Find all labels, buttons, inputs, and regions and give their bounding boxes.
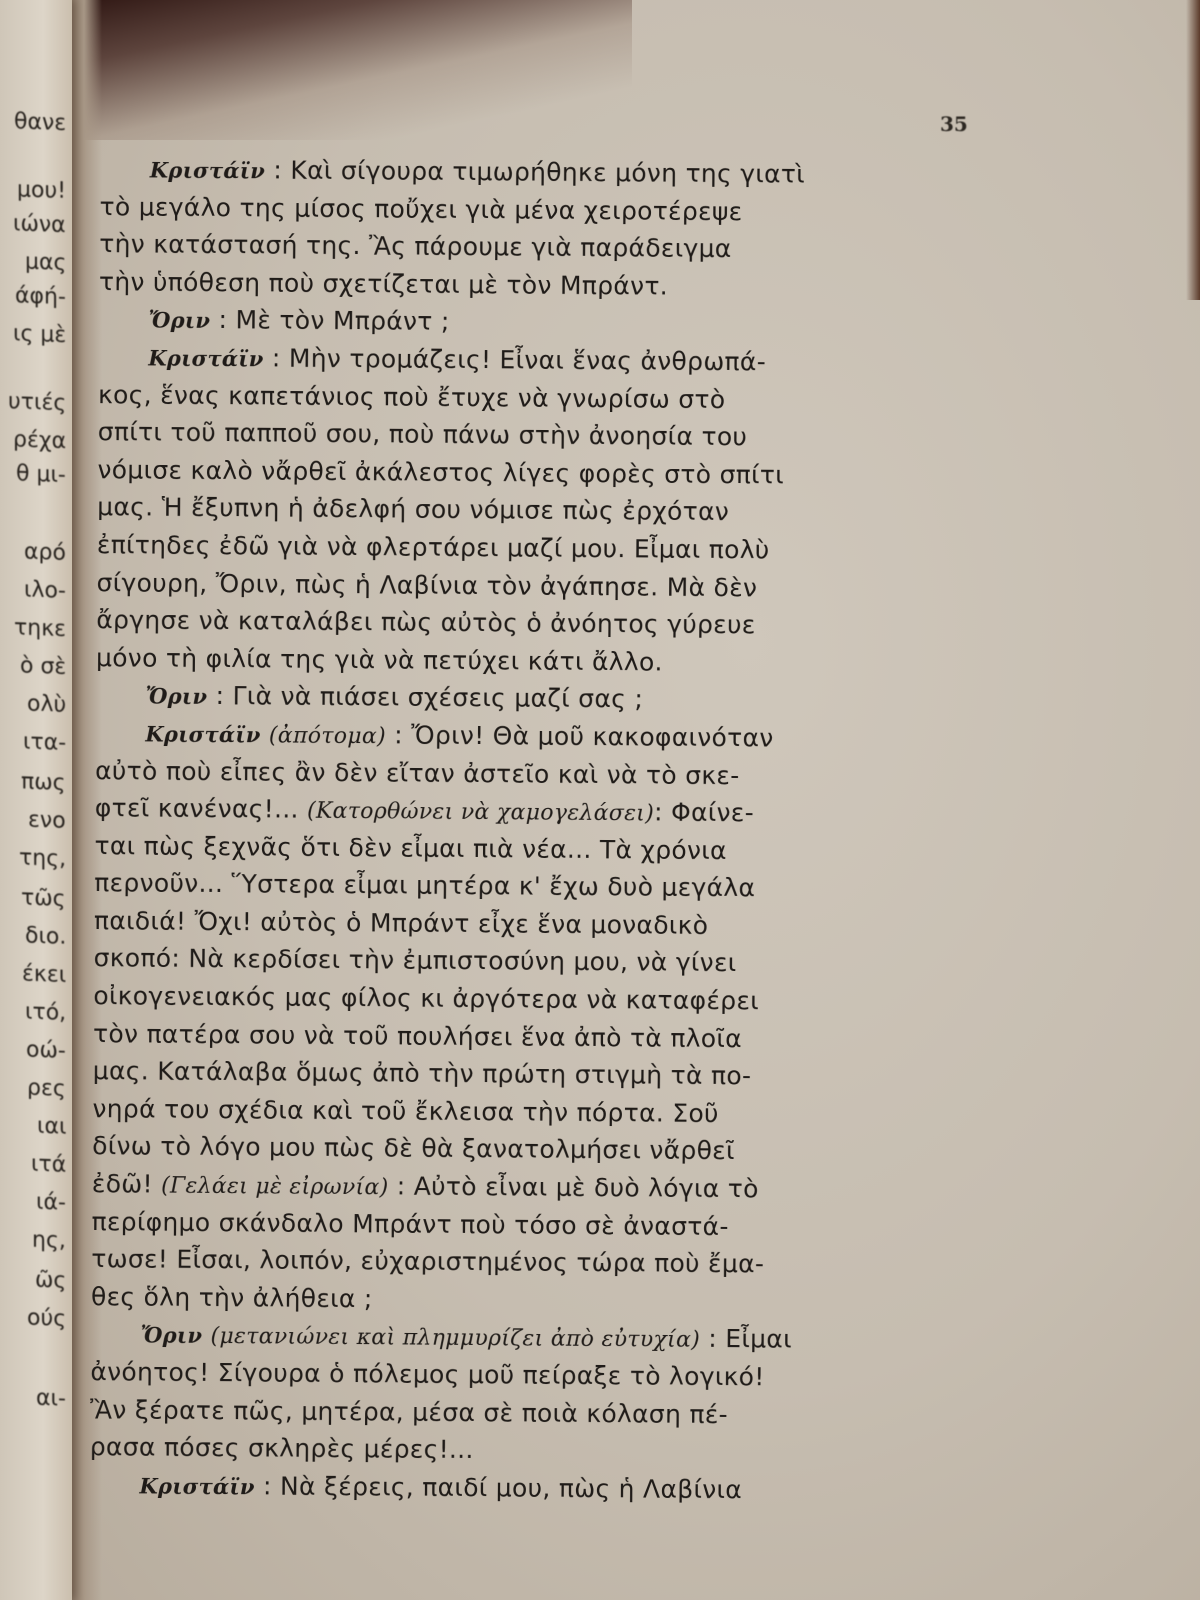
previous-page-fragment: ολὺ: [27, 691, 66, 717]
line-text: τωσε! Εἶσαι, λοιπόν, εὐχαριστημένος τώρα…: [91, 1244, 764, 1278]
stage-direction: (Γελάει μὲ εἰρωνία): [161, 1174, 389, 1201]
previous-page-fragment: τηκε: [14, 615, 66, 642]
previous-page-fragment: πως: [21, 769, 66, 796]
previous-page-fragment: μου!: [17, 177, 66, 204]
line-text: Ἂν ξέρατε πῶς, μητέρα, μέσα σὲ ποιὰ κόλα…: [90, 1395, 728, 1429]
line-text: κος, ἕνας καπετάνιος ποὺ ἔτυχε νὰ γνωρίσ…: [98, 380, 726, 414]
line-text: ἀνόητος! Σίγουρα ὁ πόλεμος μοῦ πείραξε τ…: [90, 1357, 764, 1391]
line-text: τὴν ὑπόθεση ποὺ σχετίζεται μὲ τὸν Μπράντ…: [99, 267, 668, 300]
speaker-name: Ὄριν: [149, 308, 211, 333]
line-text: αὐτὸ ποὺ εἶπες ἂν δὲν εἴταν ἀστεῖο καὶ ν…: [95, 755, 740, 789]
previous-page-fragment: ῶς: [35, 1267, 66, 1293]
dialogue-line-speaker: Κριστάϊν : Νὰ ξέρεις, παιδί μου, πὼς ἡ Λ…: [89, 1466, 989, 1511]
line-text: παιδιά! Ὄχι! αὐτὸς ὁ Μπράντ εἶχε ἕνα μον…: [94, 906, 709, 940]
previous-page-fragment: ιλο-: [24, 577, 66, 603]
line-text: περνοῦν... Ὕστερα εἶμαι μητέρα κ' ἔχω δυ…: [94, 868, 755, 902]
line-text: Εἶμαι: [725, 1324, 792, 1354]
previous-page-sliver: θανεμου!ιώναμαςάφή-ις μὲυτιέςρέχαθ μι-αρ…: [0, 0, 72, 1600]
line-text: Μὲ τὸν Μπράντ ;: [235, 305, 449, 336]
line-text: ἐδῶ!: [92, 1169, 153, 1198]
separator: :: [207, 681, 232, 710]
line-text-after: : Αὐτὸ εἶναι μὲ δυὸ λόγια τὸ: [388, 1171, 758, 1203]
page-edge: [1186, 0, 1200, 300]
previous-page-fragment: ιτα-: [23, 729, 66, 756]
previous-page-fragment: άφή-: [15, 283, 66, 310]
previous-page-fragment: έκει: [22, 961, 66, 988]
line-text: νηρά του σχέδια καὶ τοῦ ἔκλεισα τὴν πόρτ…: [92, 1094, 719, 1128]
previous-page-fragment: θ μι-: [16, 461, 66, 488]
previous-page-fragment: της,: [19, 845, 66, 872]
stage-direction: (Κατορθώνει νὰ χαμογελάσει): [307, 799, 654, 827]
previous-page-fragment: υτιές: [8, 389, 66, 416]
line-text: μας. Ἡ ἔξυπνη ἡ ἀδελφή σου νόμισε πὼς ἐρ…: [97, 492, 729, 526]
line-text: ρασα πόσες σκληρὲς μέρες!...: [90, 1432, 474, 1464]
previous-page-fragment: ιτά: [31, 1151, 66, 1177]
speaker-name: Ὄριν: [141, 1323, 203, 1348]
separator: :: [264, 343, 289, 372]
line-text: Γιὰ νὰ πιάσει σχέσεις μαζί σας ;: [232, 681, 643, 713]
previous-page-fragment: ις μὲ: [13, 321, 66, 348]
line-text: οἰκογενειακός μας φίλος κι ἀργότερα νὰ κ…: [93, 981, 759, 1015]
separator: :: [700, 1324, 725, 1353]
speaker-name: Κριστάϊν: [139, 1473, 254, 1499]
previous-page-fragment: αι-: [36, 1385, 66, 1411]
line-text: δίνω τὸ λόγο μου πὼς δὲ θὰ ξανατολμήσει …: [92, 1131, 735, 1165]
line-text: Μὴν τρομάζεις! Εἶναι ἕνας ἀνθρωπά-: [289, 343, 766, 376]
line-text: Νὰ ξέρεις, παιδί μου, πὼς ἡ Λαβίνια: [280, 1471, 742, 1504]
previous-page-fragment: ούς: [27, 1305, 66, 1331]
line-text: ἐπίτηδες ἐδῶ γιὰ νὰ φλερτάρει μαζί μου. …: [97, 530, 770, 564]
line-text: περίφημο σκάνδαλο Μπράντ ποὺ τόσο σὲ ἀνα…: [91, 1207, 728, 1241]
speaker-name: Κριστάϊν: [145, 721, 260, 747]
line-text: θες ὅλη τὴν ἀλήθεια ;: [91, 1282, 373, 1313]
line-text: ται πὼς ξεχνᾶς ὅτι δὲν εἶμαι πιὰ νέα... …: [94, 831, 727, 865]
previous-page-fragment: ὸ σὲ: [20, 653, 66, 680]
separator: :: [255, 1471, 280, 1500]
previous-page-fragment: αρό: [24, 539, 66, 565]
line-text: τὴν κατάστασή της. Ἂς πάρουμε γιὰ παράδε…: [99, 229, 732, 263]
previous-page-fragment: θανε: [14, 109, 66, 136]
previous-page-fragment: μας: [25, 249, 66, 275]
speaker-name: Ὄριν: [146, 684, 208, 709]
line-text: τὸ μεγάλο της μίσος ποὔχει γιὰ μένα χειρ…: [99, 192, 742, 226]
previous-page-fragment: ιώνα: [13, 211, 66, 238]
stage-direction: (μετανιώνει καὶ πλημμυρίζει ἀπὸ εὐτυχία): [210, 1324, 700, 1353]
speaker-name: Κριστάϊν: [150, 157, 265, 183]
previous-page-fragment: ενο: [28, 807, 66, 833]
line-text: ἄργησε νὰ καταλάβει πὼς αὐτὸς ὁ ἀνόητος …: [96, 605, 756, 639]
separator: :: [386, 720, 411, 749]
line-text: σπίτι τοῦ παπποῦ σου, ποὺ πάνω στὴν ἀνοη…: [98, 417, 748, 451]
play-dialogue-text: Κριστάϊν : Καὶ σίγουρα τιμωρήθηκε μόνη τ…: [89, 150, 1000, 1510]
line-text: Καὶ σίγουρα τιμωρήθηκε μόνη της γιατὶ: [290, 155, 805, 188]
line-text: Ὄριν! Θὰ μοῦ κακοφαινόταν: [411, 720, 774, 752]
page-number: 35: [940, 112, 968, 136]
previous-page-fragment: ρέχα: [13, 427, 66, 454]
shadow-overlay: [72, 0, 632, 140]
line-text: φτεῖ κανένας!...: [95, 793, 299, 824]
previous-page-fragment: τῶς: [21, 885, 66, 912]
previous-page-fragment: ιτό,: [25, 999, 66, 1025]
separator: :: [210, 305, 235, 334]
line-text: σκοπό: Νὰ κερδίσει τὴν ἐμπιστοσύνη μου, …: [94, 943, 737, 977]
previous-page-fragment: διο.: [25, 923, 66, 949]
previous-page-fragment: ιαι: [37, 1113, 66, 1139]
line-text: νόμισε καλὸ νἄρθεῖ ἀκάλεστος λίγες φορὲς…: [97, 455, 784, 489]
previous-page-fragment: ρες: [27, 1075, 66, 1101]
previous-page-fragment: ιά-: [36, 1189, 66, 1215]
stage-direction: (ἀπότομα): [269, 723, 386, 749]
line-text: μόνο τὴ φιλία της γιὰ νὰ πετύχει κάτι ἄλ…: [96, 643, 663, 676]
previous-page-fragment: ης,: [32, 1227, 66, 1253]
line-text-after: : Φαίνε-: [654, 797, 754, 827]
line-text: μας. Κατάλαβα ὅμως ἀπὸ τὴν πρώτη στιγμὴ …: [93, 1056, 752, 1090]
separator: :: [265, 155, 290, 184]
line-text: τὸν πατέρα σου νὰ τοῦ πουλήσει ἕνα ἀπὸ τ…: [93, 1019, 742, 1053]
previous-page-fragment: οώ-: [26, 1037, 66, 1063]
speaker-name: Κριστάϊν: [148, 345, 263, 371]
line-text: σίγουρη, Ὄριν, πὼς ἡ Λαβίνια τὸν ἀγάπησε…: [96, 568, 757, 602]
